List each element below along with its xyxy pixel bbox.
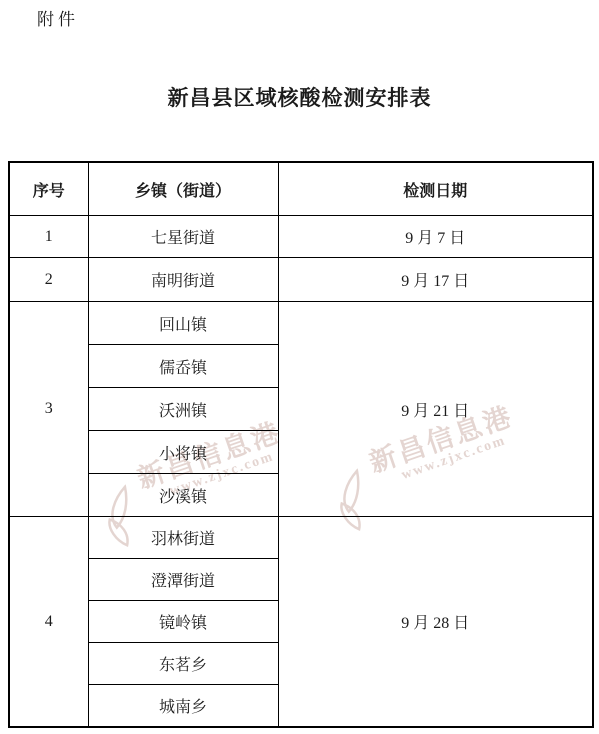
date-cell: 9 月 28 日 — [278, 517, 593, 728]
table-header-row: 序号 乡镇（街道） 检测日期 — [9, 162, 593, 216]
township-cell: 镜岭镇 — [88, 601, 278, 643]
township-cell: 七星街道 — [88, 216, 278, 258]
table-row: 1 七星街道 9 月 7 日 — [9, 216, 593, 258]
township-cell: 东茗乡 — [88, 643, 278, 685]
header-cell-date: 检测日期 — [278, 162, 593, 216]
township-cell: 小将镇 — [88, 431, 278, 474]
township-cell: 南明街道 — [88, 258, 278, 302]
attachment-label: 附件 — [37, 5, 79, 30]
header-cell-no: 序号 — [9, 162, 88, 216]
date-cell: 9 月 21 日 — [278, 302, 593, 517]
date-cell: 9 月 17 日 — [278, 258, 593, 302]
date-cell: 9 月 7 日 — [278, 216, 593, 258]
row-number-cell: 2 — [9, 258, 88, 302]
table-row: 4 羽林街道 9 月 28 日 — [9, 517, 593, 559]
township-cell: 沃洲镇 — [88, 388, 278, 431]
township-cell: 沙溪镇 — [88, 474, 278, 517]
row-number-cell: 1 — [9, 216, 88, 258]
township-cell: 澄潭街道 — [88, 559, 278, 601]
township-cell: 城南乡 — [88, 685, 278, 728]
row-number-cell: 3 — [9, 302, 88, 517]
row-number-cell: 4 — [9, 517, 88, 728]
header-cell-township: 乡镇（街道） — [88, 162, 278, 216]
page-title: 新昌县区域核酸检测安排表 — [0, 82, 599, 112]
schedule-table: 序号 乡镇（街道） 检测日期 1 七星街道 9 月 7 日 2 南明街道 9 月… — [8, 161, 594, 728]
table-row: 2 南明街道 9 月 17 日 — [9, 258, 593, 302]
township-cell: 回山镇 — [88, 302, 278, 345]
township-cell: 羽林街道 — [88, 517, 278, 559]
township-cell: 儒岙镇 — [88, 345, 278, 388]
table-row: 3 回山镇 9 月 21 日 — [9, 302, 593, 345]
